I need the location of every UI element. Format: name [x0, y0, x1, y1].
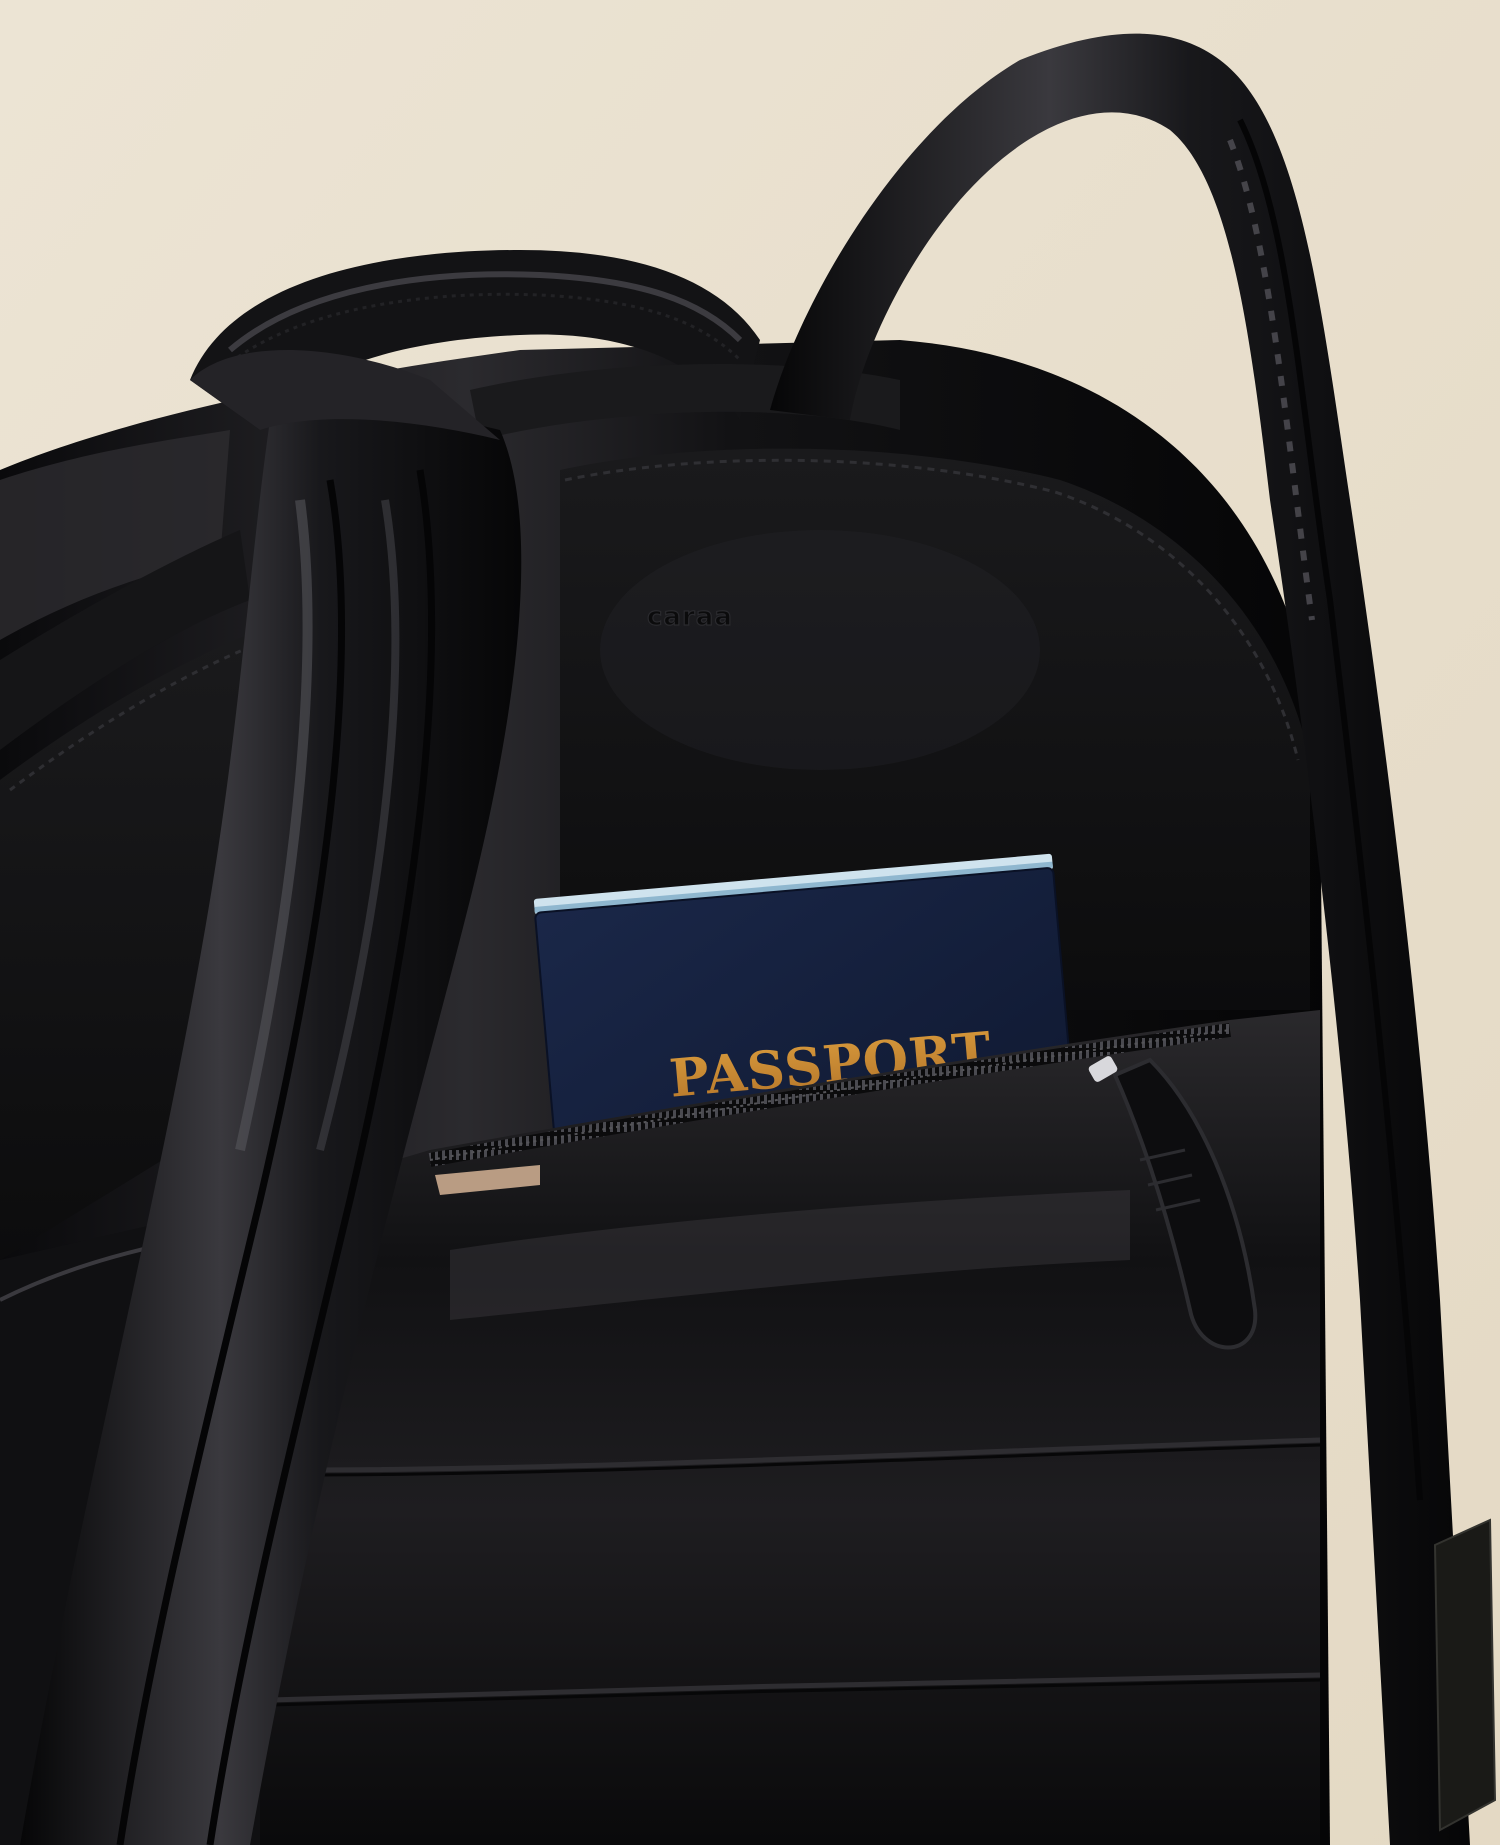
brand-logo-emboss: caraa [647, 602, 733, 632]
product-photo: caraa PASSPORT [0, 0, 1500, 1845]
